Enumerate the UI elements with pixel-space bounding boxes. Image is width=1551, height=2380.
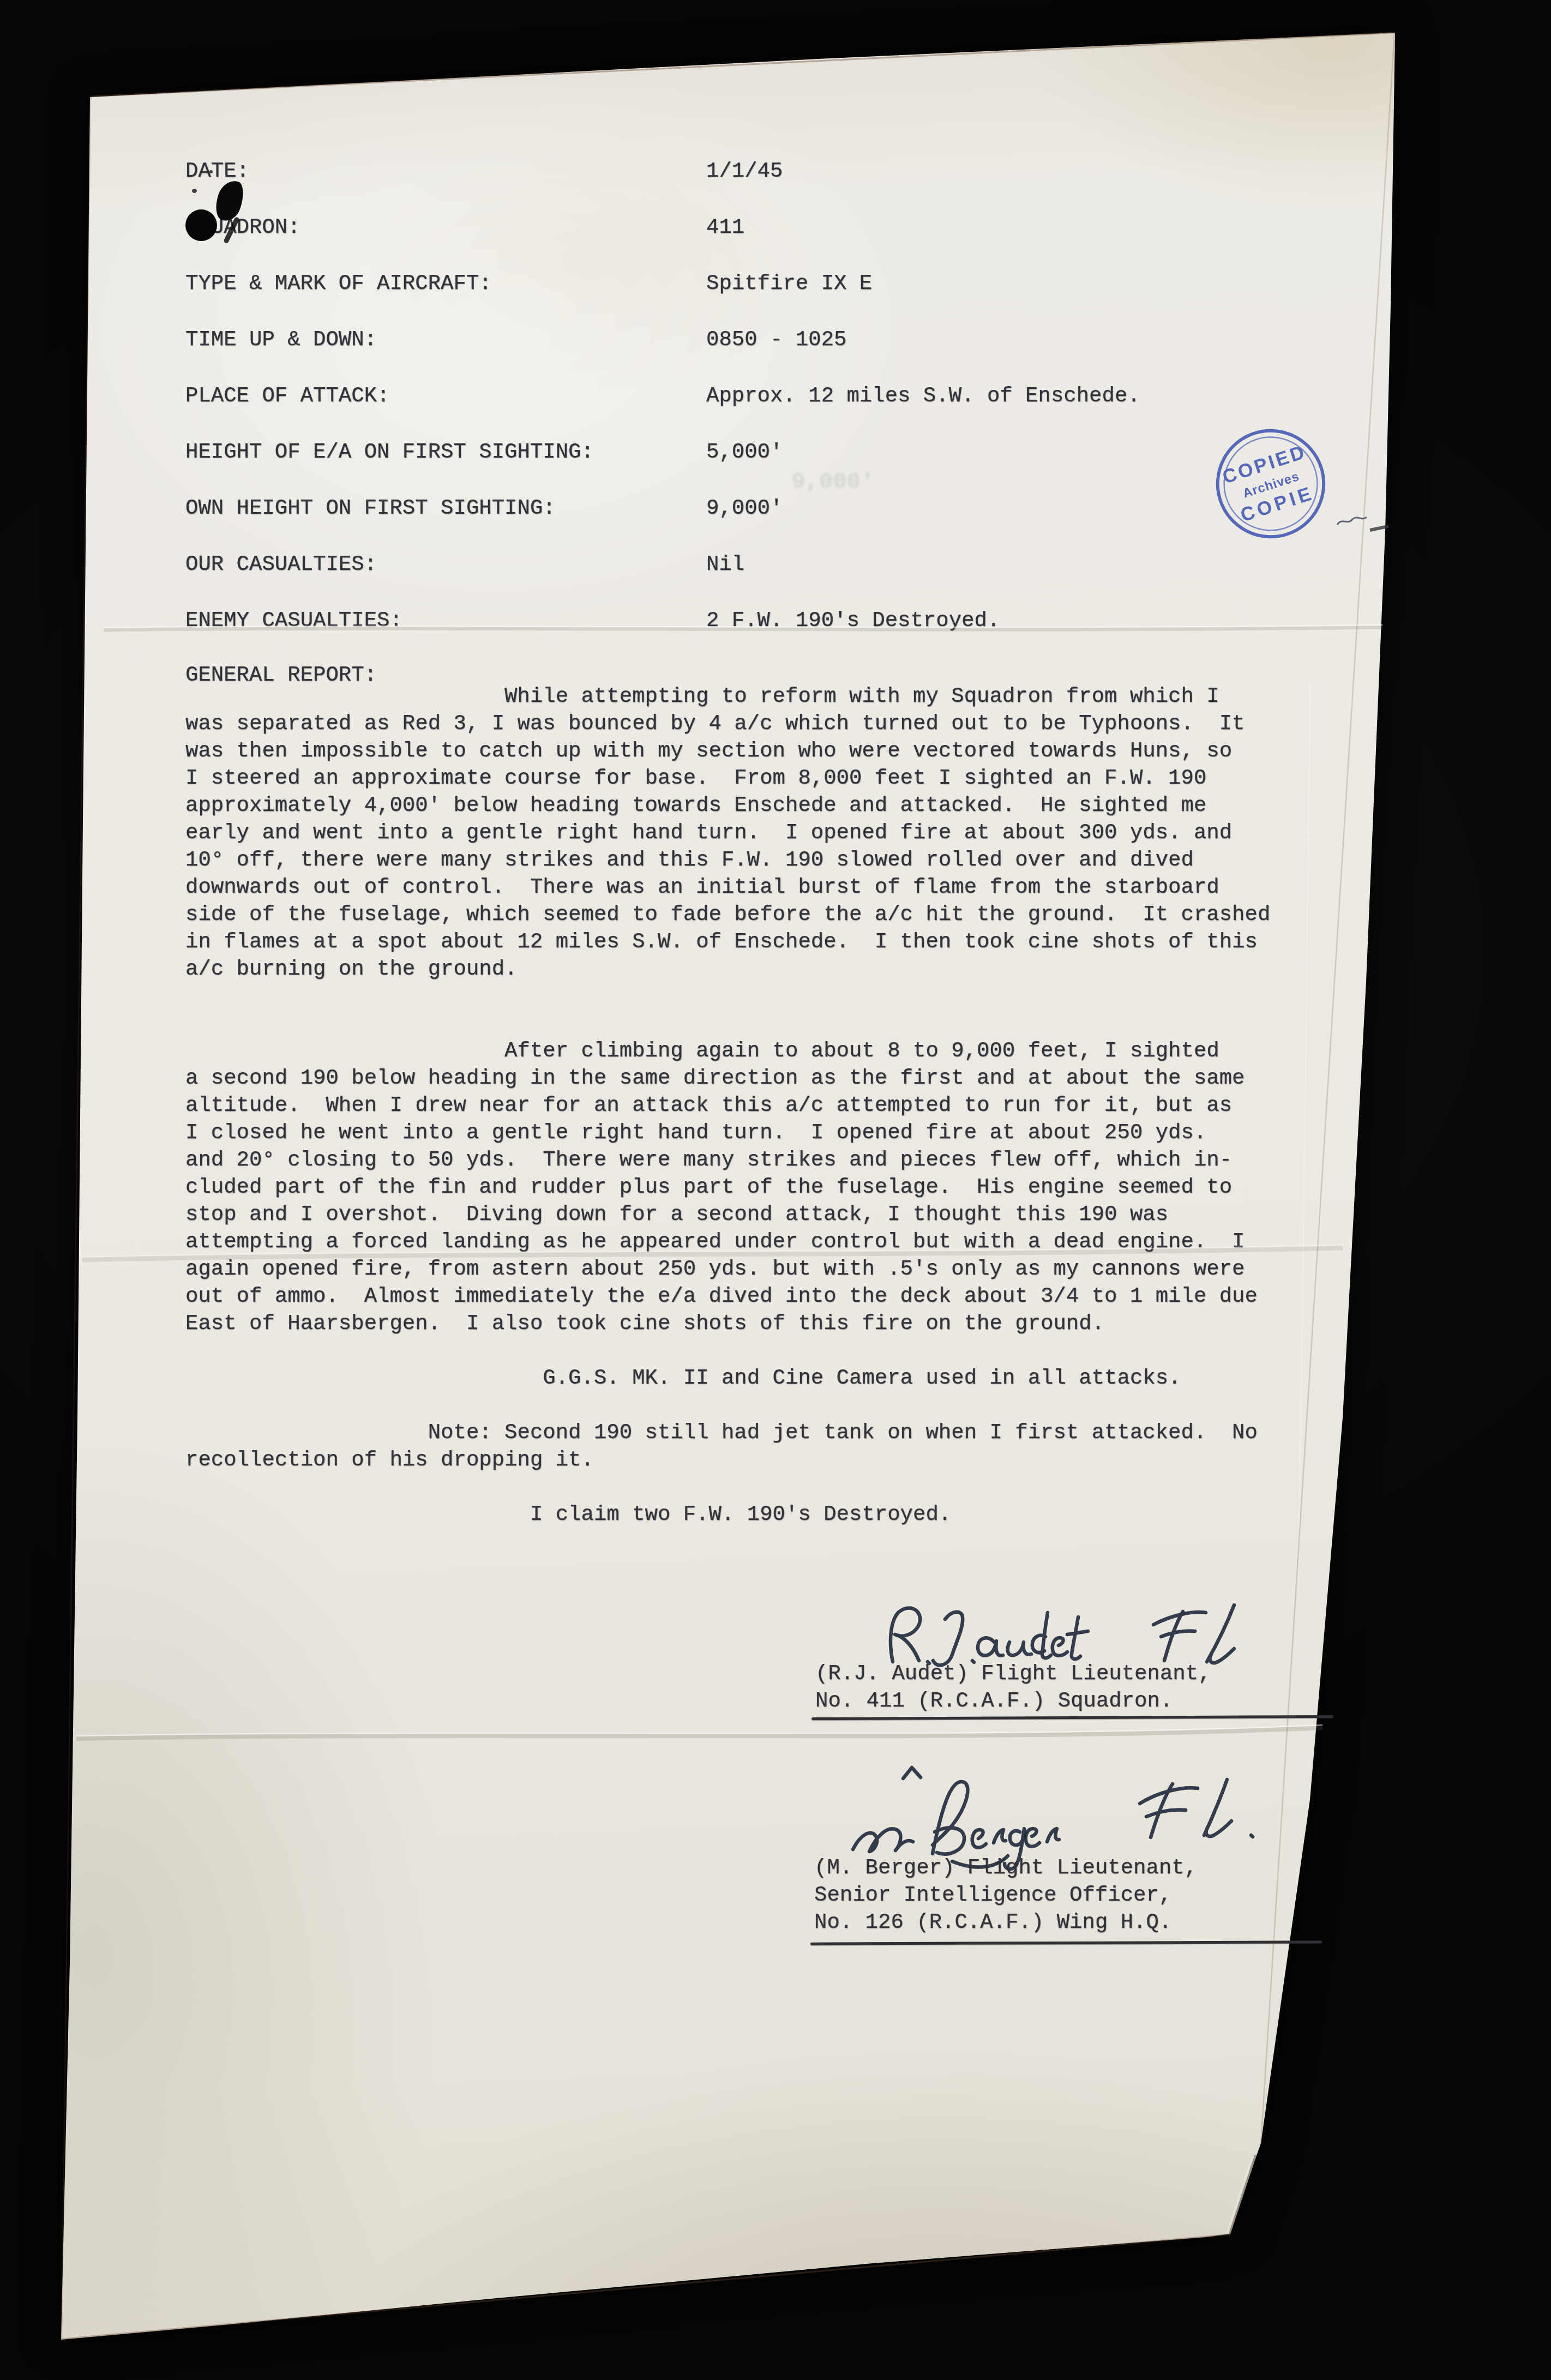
field-value: 411	[706, 215, 744, 239]
field-label: TIME UP & DOWN:	[185, 328, 377, 352]
report-body-text: While attempting to reform with my Squad…	[185, 683, 1270, 1528]
ink-speck	[209, 170, 213, 173]
field-label: OUR CASUALTIES:	[185, 552, 377, 576]
ink-speck	[192, 189, 197, 193]
field-value: 2 F.W. 190's Destroyed.	[706, 609, 1000, 633]
field-label: PLACE OF ATTACK:	[185, 384, 389, 408]
field-label: HEIGHT OF E/A ON FIRST SIGHTING:	[185, 440, 594, 464]
field-label: ENEMY CASUALTIES:	[185, 609, 402, 633]
punch-hole	[185, 209, 217, 241]
field-row-time-up-down: TIME UP & DOWN: 0850 - 1025	[185, 328, 1358, 354]
field-row-squadron: SQUADRON: 411	[185, 215, 1358, 242]
field-row-place-of-attack: PLACE OF ATTACK: Approx. 12 miles S.W. o…	[185, 384, 1358, 410]
field-label: TYPE & MARK OF AIRCRAFT:	[185, 272, 492, 296]
field-value: 0850 - 1025	[706, 328, 846, 352]
berger-typed-attribution: (M. Berger) Flight Lieutenant, Senior In…	[814, 1854, 1197, 1936]
audet-typed-attribution: (R.J. Audet) Flight Lieutenant, No. 411 …	[815, 1660, 1211, 1715]
field-label: DATE:	[185, 159, 249, 183]
field-value: Nil	[706, 552, 744, 576]
field-row-our-casualties: OUR CASUALTIES: Nil	[185, 552, 1358, 579]
field-row-own-height: OWN HEIGHT ON FIRST SIGHTING: 9,000'	[185, 496, 1358, 522]
field-value: Approx. 12 miles S.W. of Enschede.	[706, 384, 1140, 408]
field-label: OWN HEIGHT ON FIRST SIGHTING:	[185, 496, 556, 520]
field-value: 9,000'	[706, 496, 783, 520]
field-row-date: DATE: 1/1/45	[185, 159, 1358, 185]
erased-overtype-text: 9,000'	[792, 470, 875, 494]
field-row-ea-height: HEIGHT OF E/A ON FIRST SIGHTING: 5,000'	[185, 440, 1358, 466]
archives-copied-stamp: COPIED Archives COPIE	[1212, 425, 1330, 543]
field-value: Spitfire IX E	[706, 272, 872, 296]
field-value: 5,000'	[706, 440, 783, 464]
field-row-enemy-casualties: ENEMY CASUALTIES: 2 F.W. 190's Destroyed…	[185, 609, 1358, 635]
field-value: 1/1/45	[706, 159, 783, 183]
field-row-aircraft-type: TYPE & MARK OF AIRCRAFT: Spitfire IX E	[185, 272, 1358, 298]
scanned-document-photo: DATE: 1/1/45 SQUADRON: 411 TYPE & MARK O…	[0, 0, 1551, 2380]
